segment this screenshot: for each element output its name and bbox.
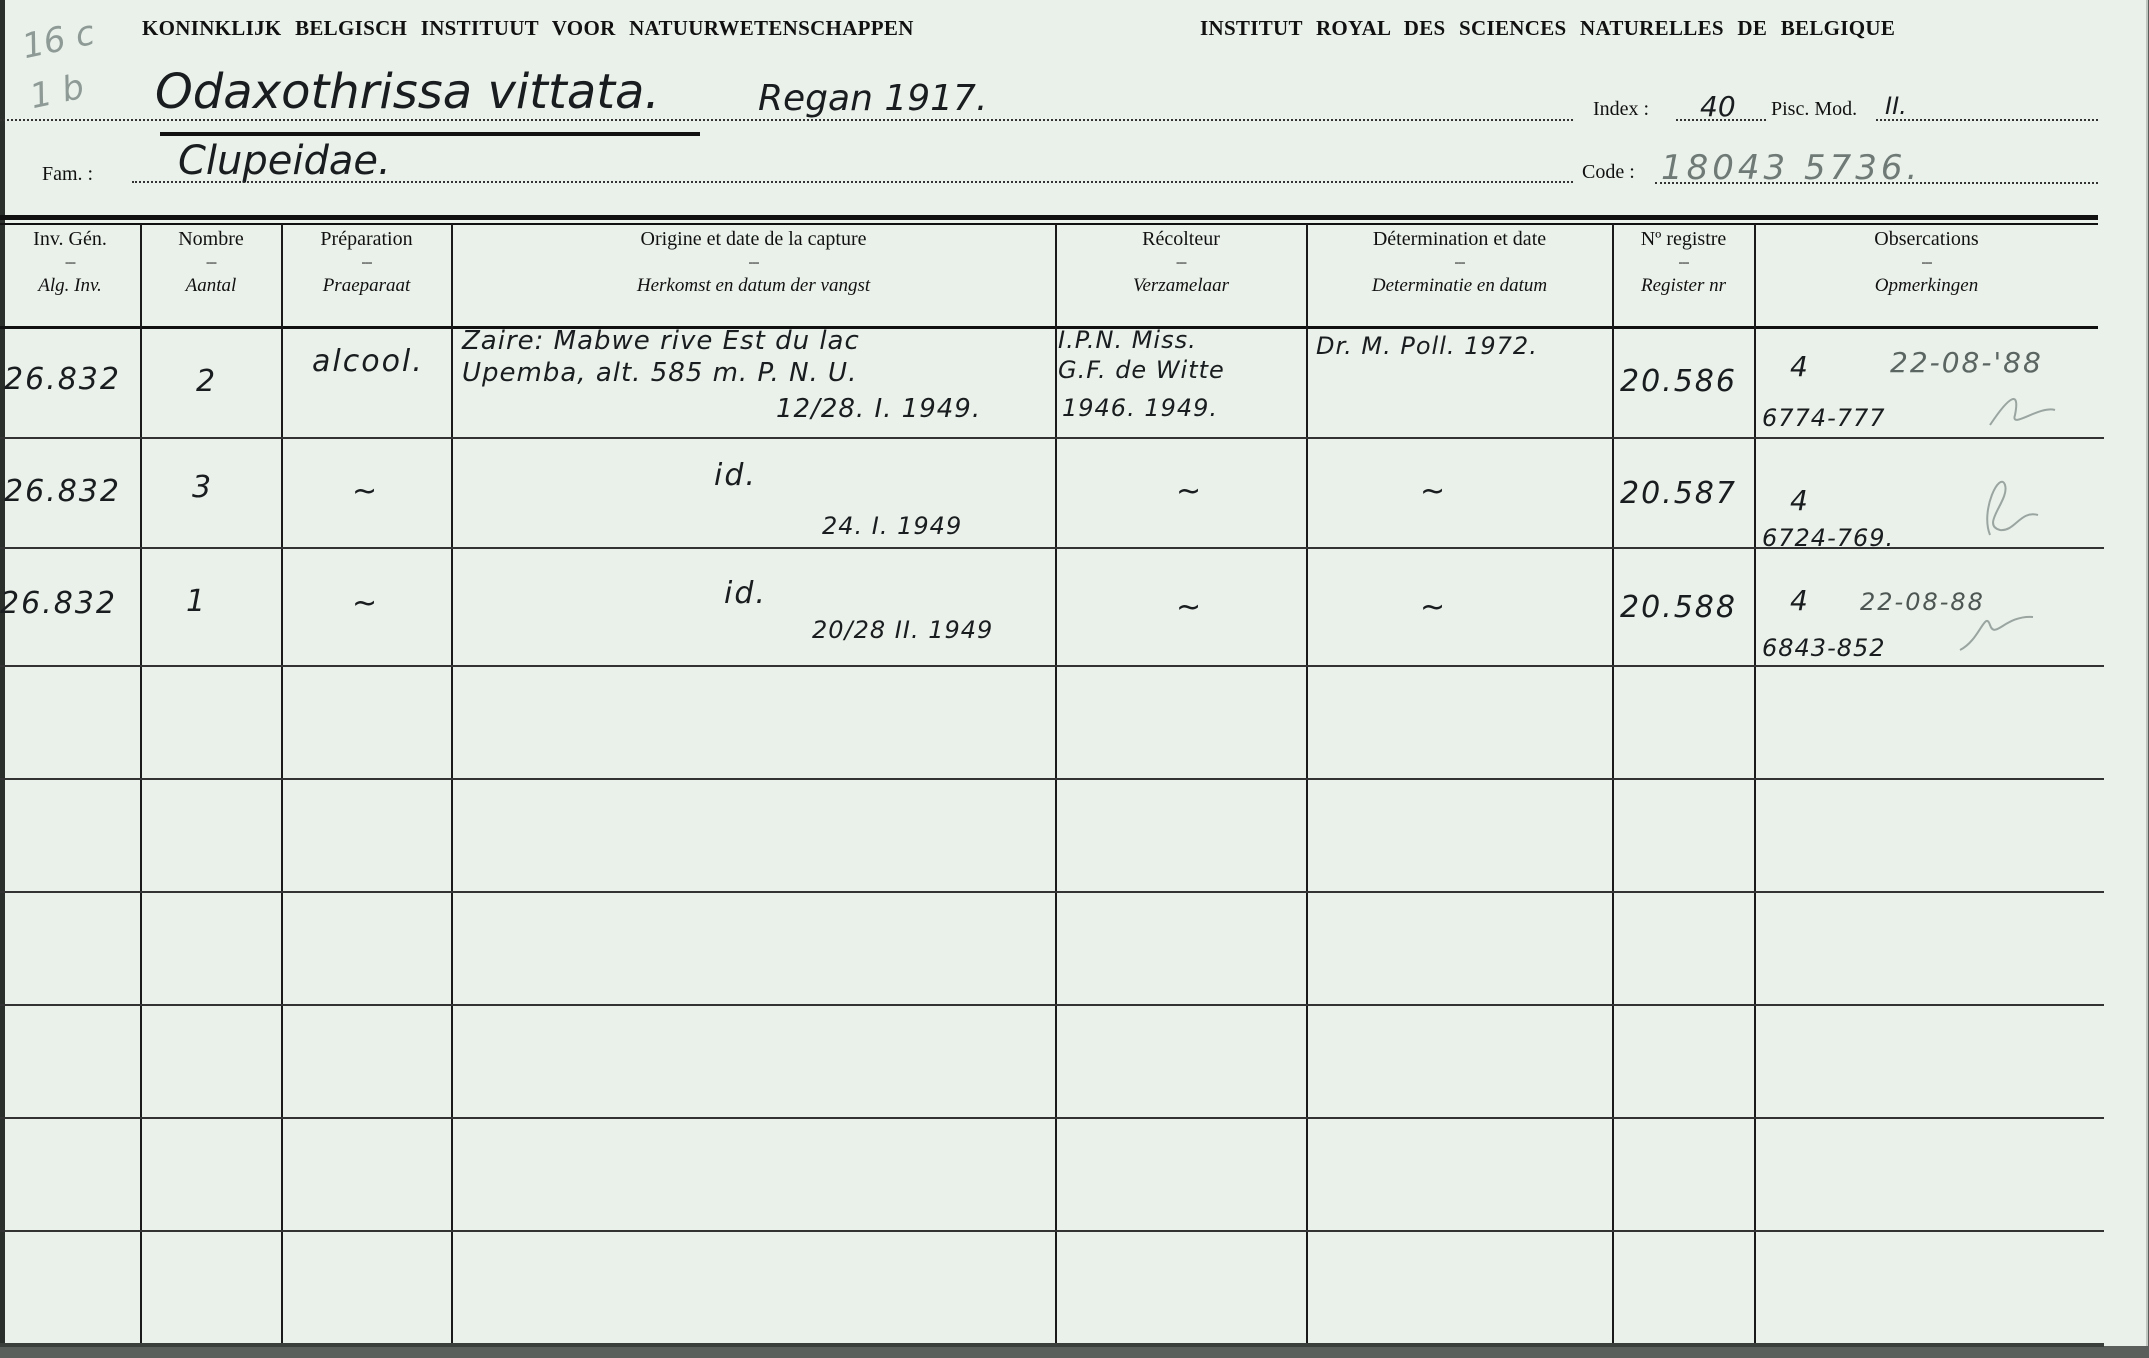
species-author: Regan 1917. (758, 78, 987, 119)
margin-note: 16 c (19, 13, 98, 67)
signature-icon (1980, 385, 2060, 435)
column-divider (451, 224, 453, 1347)
table-top-rule (0, 215, 2098, 220)
code-value: 18043 5736. (1661, 148, 1921, 188)
origin-line: id. (714, 458, 757, 493)
column-header-origin: Origine et date de la capture --- Herkom… (452, 226, 1055, 330)
row-divider (0, 778, 2104, 780)
collector: ~ (1176, 590, 1203, 625)
family-value: Clupeidae. (178, 138, 391, 184)
observation-range: 6724-769. (1762, 524, 1894, 552)
specimen-count: 1 (186, 584, 207, 619)
column-divider (1754, 224, 1756, 1347)
origin-line: Upemba, alt. 585 m. P. N. U. (462, 358, 857, 388)
column-header-inv: Inv. Gén. --- Alg. Inv. (0, 226, 140, 330)
determination: ~ (1420, 590, 1447, 625)
header-bottom-rule (0, 326, 2098, 329)
collector-line: G.F. de Witte (1058, 356, 1225, 384)
observation-mark: 4 (1790, 584, 1808, 617)
preparation: ~ (352, 474, 379, 509)
row-divider (0, 1004, 2104, 1006)
observation-mark: 4 (1790, 484, 1808, 517)
collector-line: 1946. 1949. (1062, 394, 1218, 422)
column-divider (1612, 224, 1614, 1347)
column-header-collector: Récolteur --- Verzamelaar (1056, 226, 1306, 330)
card-edge (0, 0, 5, 1346)
inv-number: 26.832 (0, 586, 117, 621)
collector: ~ (1176, 474, 1203, 509)
observation-date: 22-08-'88 (1890, 346, 2043, 379)
institute-name-nl: KONINKLIJK BELGISCH INSTITUUT VOOR NATUU… (142, 16, 914, 41)
signature-icon (1955, 605, 2035, 655)
specimen-count: 2 (196, 364, 217, 399)
table-top-rule-thin (0, 223, 2098, 225)
index-label: Index : (1593, 98, 1649, 121)
row-divider (0, 437, 2104, 439)
inv-number: 26.832 (4, 474, 121, 509)
species-name: Odaxothrissa vittata. (155, 64, 660, 120)
institute-name-fr: INSTITUT ROYAL DES SCIENCES NATURELLES D… (1200, 16, 1895, 41)
observation-range: 6774-777 (1762, 404, 1886, 432)
pisc-mod-value: II. (1885, 92, 1907, 120)
row-divider (0, 1230, 2104, 1232)
column-divider (140, 224, 142, 1347)
column-divider (1306, 224, 1308, 1347)
code-label: Code : (1582, 161, 1635, 184)
origin-date: 12/28. I. 1949. (776, 394, 981, 424)
row-divider (0, 1117, 2104, 1119)
catalog-card: 16 c 1 b KONINKLIJK BELGISCH INSTITUUT V… (0, 0, 2148, 1346)
register-number: 20.586 (1620, 364, 1737, 399)
origin-line: id. (724, 576, 767, 611)
column-divider (1055, 224, 1057, 1347)
card-bottom-edge (0, 1343, 2104, 1347)
observation-mark: 4 (1790, 350, 1808, 383)
observation-range: 6843-852 (1762, 634, 1886, 662)
preparation: alcool. (312, 344, 424, 379)
column-header-determination: Détermination et date --- Determinatie e… (1307, 226, 1612, 330)
determination: Dr. M. Poll. 1972. (1316, 332, 1538, 360)
column-header-register: Nº registre --- Register nr (1613, 226, 1754, 330)
origin-date: 20/28 II. 1949 (812, 616, 993, 644)
register-number: 20.587 (1620, 476, 1737, 511)
column-header-preparation: Préparation --- Praeparaat (282, 226, 451, 330)
specimen-count: 3 (192, 470, 213, 505)
margin-note: 1 b (26, 67, 87, 117)
register-number: 20.588 (1620, 590, 1737, 625)
origin-line: Zaire: Mabwe rive Est du lac (462, 326, 860, 356)
row-divider (0, 665, 2104, 667)
column-header-count: Nombre --- Aantal (141, 226, 281, 330)
preparation: ~ (352, 586, 379, 621)
pisc-mod-dotted-line (1876, 119, 2098, 121)
determination: ~ (1420, 474, 1447, 509)
column-header-observations: Obsercations --- Opmerkingen (1755, 226, 2098, 330)
collector-line: I.P.N. Miss. (1058, 326, 1197, 354)
column-divider (281, 224, 283, 1347)
species-underline (160, 132, 700, 136)
origin-date: 24. I. 1949 (822, 512, 962, 540)
family-label: Fam. : (42, 163, 93, 186)
pisc-mod-label: Pisc. Mod. (1771, 98, 1857, 121)
row-divider (0, 891, 2104, 893)
inv-number: 26.832 (4, 362, 121, 397)
signature-icon (1960, 470, 2040, 540)
index-value: 40 (1700, 90, 1736, 123)
